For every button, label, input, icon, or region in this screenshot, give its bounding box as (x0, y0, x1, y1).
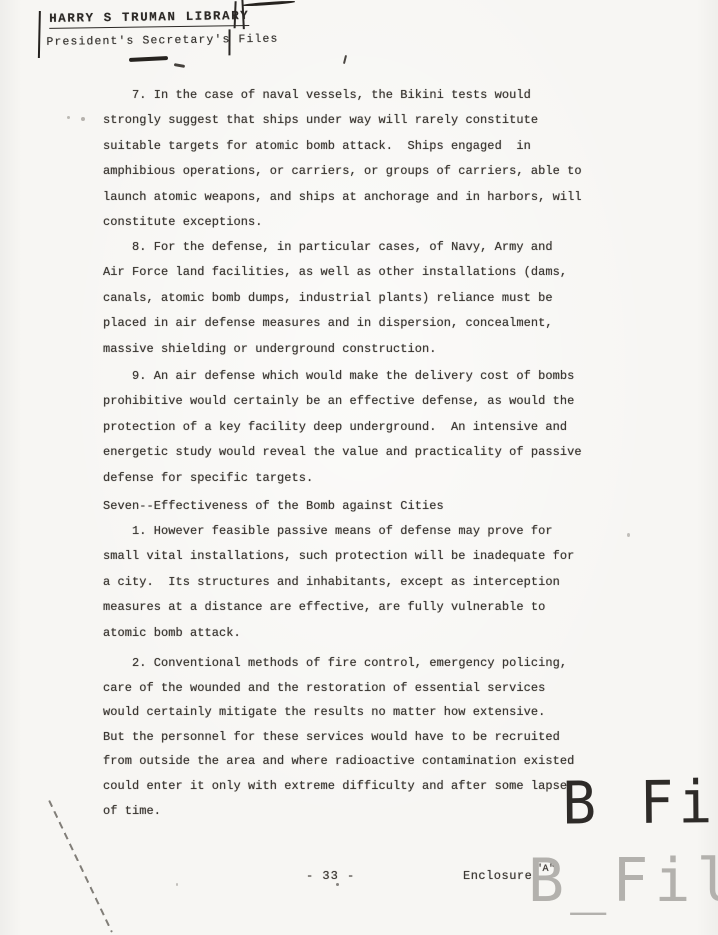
paragraph-7: 7. In the case of naval vessels, the Bik… (103, 83, 608, 235)
library-stamp-title: HARRY S TRUMAN LIBRARY (49, 9, 249, 29)
stamp-left-bracket-mark (38, 11, 41, 58)
scan-speck (176, 883, 178, 886)
stamp-tick-mark (228, 29, 230, 55)
b-file-gray-stamp: B_File (528, 846, 718, 916)
scan-speck (627, 533, 630, 537)
handwritten-dash-mark (129, 56, 168, 62)
scanned-document-page: HARRY S TRUMAN LIBRARY President's Secre… (0, 0, 718, 935)
enclosure-label: Enclosure (463, 869, 532, 883)
page-number: - 33 - (306, 869, 355, 883)
paragraph-9: 9. An air defense which would make the d… (103, 364, 608, 491)
scan-speck (67, 116, 70, 119)
library-stamp-subtitle: President's Secretary's Files (46, 33, 278, 49)
paragraph-2: 2. Conventional methods of fire control,… (103, 651, 608, 823)
stray-pen-mark (343, 55, 347, 64)
paragraph-1: 1. However feasible passive means of def… (103, 519, 608, 646)
pen-stroke-mark (243, 0, 295, 7)
scan-speck (81, 117, 85, 121)
scan-speck (336, 883, 339, 886)
handwritten-b-file-note: B File (562, 768, 718, 838)
paragraph-8: 8. For the defense, in particular cases,… (103, 235, 608, 362)
handwritten-dash-mark (174, 63, 185, 67)
section-heading: Seven--Effectiveness of the Bomb against… (103, 494, 608, 519)
